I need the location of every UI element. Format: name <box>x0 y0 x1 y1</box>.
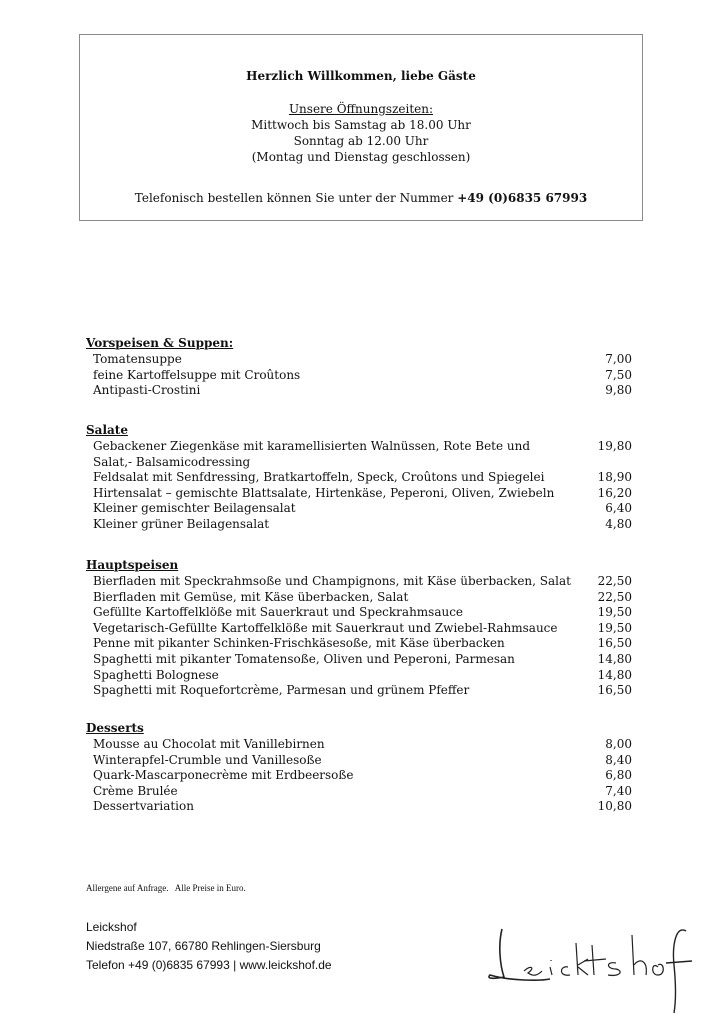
menu-item: Antipasti-Crostini9,80 <box>86 383 632 399</box>
phone-order-text: Telefonisch bestellen können Sie unter d… <box>135 191 457 205</box>
menu-item-price: 19,50 <box>592 605 632 621</box>
menu-section: Vorspeisen & Suppen:Tomatensuppe7,00fein… <box>86 334 632 399</box>
menu-item: feine Kartoffelsuppe mit Croûtons7,50 <box>86 368 632 384</box>
menu-section: SalateGebackener Ziegenkäse mit karamell… <box>86 421 632 533</box>
menu-item-name: Dessertvariation <box>93 799 592 815</box>
menu-item-name: Spaghetti mit Roquefortcrème, Parmesan u… <box>93 683 592 699</box>
menu-item: Kleiner grüner Beilagensalat4,80 <box>86 517 632 533</box>
signature-logo <box>480 905 700 1015</box>
menu-item: Gefüllte Kartoffelklöße mit Sauerkraut u… <box>86 605 632 621</box>
menu-item: Winterapfel-Crumble und Vanillesoße8,40 <box>86 753 632 769</box>
menu-item: Hirtensalat – gemischte Blattsalate, Hir… <box>86 486 632 502</box>
menu-item: Vegetarisch-Gefüllte Kartoffelklöße mit … <box>86 621 632 637</box>
opening-hours-heading: Unsere Öffnungszeiten: <box>80 101 642 117</box>
menu-item-name: Bierfladen mit Gemüse, mit Käse überback… <box>93 590 592 606</box>
menu-item-price: 14,80 <box>592 668 632 684</box>
menu-item: Kleiner gemischter Beilagensalat6,40 <box>86 501 632 517</box>
menu-section: HauptspeisenBierfladen mit Speckrahmsoße… <box>86 556 632 699</box>
menu-item-price: 10,80 <box>592 799 632 815</box>
menu-item-name: Bierfladen mit Speckrahmsoße und Champig… <box>93 574 592 590</box>
menu-item-name: Mousse au Chocolat mit Vanillebirnen <box>93 737 592 753</box>
menu-item: Crème Brulée7,40 <box>86 784 632 800</box>
menu-item-price: 7,50 <box>592 368 632 384</box>
menu-item-price: 16,20 <box>592 486 632 502</box>
menu-item-name: Quark-Mascarponecrème mit Erdbeersoße <box>93 768 592 784</box>
menu-item-name: Tomatensuppe <box>93 352 592 368</box>
menu-item-price: 8,40 <box>592 753 632 769</box>
opening-hours-line: Mittwoch bis Samstag ab 18.00 Uhr <box>80 117 642 133</box>
menu-item: Bierfladen mit Gemüse, mit Käse überback… <box>86 590 632 606</box>
welcome-title: Herzlich Willkommen, liebe Gäste <box>80 68 642 84</box>
menu-item-name: feine Kartoffelsuppe mit Croûtons <box>93 368 592 384</box>
opening-hours-line: Sonntag ab 12.00 Uhr <box>80 133 642 149</box>
menu-item: Tomatensuppe7,00 <box>86 352 632 368</box>
menu-item: Spaghetti Bolognese14,80 <box>86 668 632 684</box>
menu-item-price: 18,90 <box>592 470 632 486</box>
menu-item-name: Vegetarisch-Gefüllte Kartoffelklöße mit … <box>93 621 592 637</box>
footer-address: Niedstraße 107, 66780 Rehlingen-Siersbur… <box>86 937 332 956</box>
menu-item-name: Hirtensalat – gemischte Blattsalate, Hir… <box>93 486 592 502</box>
section-title: Vorspeisen & Suppen: <box>86 334 632 352</box>
menu-item-price: 9,80 <box>592 383 632 399</box>
menu-item-name: Gefüllte Kartoffelklöße mit Sauerkraut u… <box>93 605 592 621</box>
menu-item-price: 7,00 <box>592 352 632 368</box>
menu-item: Bierfladen mit Speckrahmsoße und Champig… <box>86 574 632 590</box>
menu-item-name: Spaghetti mit pikanter Tomatensoße, Oliv… <box>93 652 592 668</box>
footer-restaurant-name: Leickshof <box>86 918 332 937</box>
menu-item: Penne mit pikanter Schinken-Frischkäseso… <box>86 636 632 652</box>
menu-item-price: 19,80 <box>592 439 632 470</box>
menu-item-price: 16,50 <box>592 683 632 699</box>
menu-item-price: 19,50 <box>592 621 632 637</box>
menu-item: Quark-Mascarponecrème mit Erdbeersoße6,8… <box>86 768 632 784</box>
allergen-note: Allergene auf Anfrage. Alle Preise in Eu… <box>86 883 246 893</box>
menu-item-price: 22,50 <box>592 590 632 606</box>
menu-item-price: 6,40 <box>592 501 632 517</box>
welcome-box: Herzlich Willkommen, liebe Gäste Unsere … <box>79 34 643 221</box>
menu-item-price: 4,80 <box>592 517 632 533</box>
menu-item: Dessertvariation10,80 <box>86 799 632 815</box>
menu-item: Mousse au Chocolat mit Vanillebirnen8,00 <box>86 737 632 753</box>
menu-item-price: 6,80 <box>592 768 632 784</box>
menu-item: Spaghetti mit pikanter Tomatensoße, Oliv… <box>86 652 632 668</box>
menu-item: Spaghetti mit Roquefortcrème, Parmesan u… <box>86 683 632 699</box>
menu-item-name: Gebackener Ziegenkäse mit karamellisiert… <box>93 439 592 470</box>
section-title: Salate <box>86 421 632 439</box>
opening-hours-line: (Montag und Dienstag geschlossen) <box>80 149 642 165</box>
menu-item: Gebackener Ziegenkäse mit karamellisiert… <box>86 439 632 470</box>
section-title: Desserts <box>86 719 632 737</box>
menu-section: DessertsMousse au Chocolat mit Vanillebi… <box>86 719 632 815</box>
menu-item-name: Antipasti-Crostini <box>93 383 592 399</box>
menu-item-price: 22,50 <box>592 574 632 590</box>
menu-item-price: 16,50 <box>592 636 632 652</box>
menu-item-name: Kleiner gemischter Beilagensalat <box>93 501 592 517</box>
footer-contact: Telefon +49 (0)6835 67993 | www.leicksho… <box>86 956 332 975</box>
phone-order-line: Telefonisch bestellen können Sie unter d… <box>80 190 642 206</box>
menu-item-name: Crème Brulée <box>93 784 592 800</box>
menu-item-name: Kleiner grüner Beilagensalat <box>93 517 592 533</box>
footer: Leickshof Niedstraße 107, 66780 Rehlinge… <box>86 918 332 975</box>
menu-item-name: Winterapfel-Crumble und Vanillesoße <box>93 753 592 769</box>
menu-item-name: Feldsalat mit Senfdressing, Bratkartoffe… <box>93 470 592 486</box>
menu-item-price: 8,00 <box>592 737 632 753</box>
menu-item-price: 7,40 <box>592 784 632 800</box>
menu-item-price: 14,80 <box>592 652 632 668</box>
menu-item: Feldsalat mit Senfdressing, Bratkartoffe… <box>86 470 632 486</box>
phone-number: +49 (0)6835 67993 <box>457 191 587 205</box>
menu-item-name: Penne mit pikanter Schinken-Frischkäseso… <box>93 636 592 652</box>
menu-item-name: Spaghetti Bolognese <box>93 668 592 684</box>
section-title: Hauptspeisen <box>86 556 632 574</box>
